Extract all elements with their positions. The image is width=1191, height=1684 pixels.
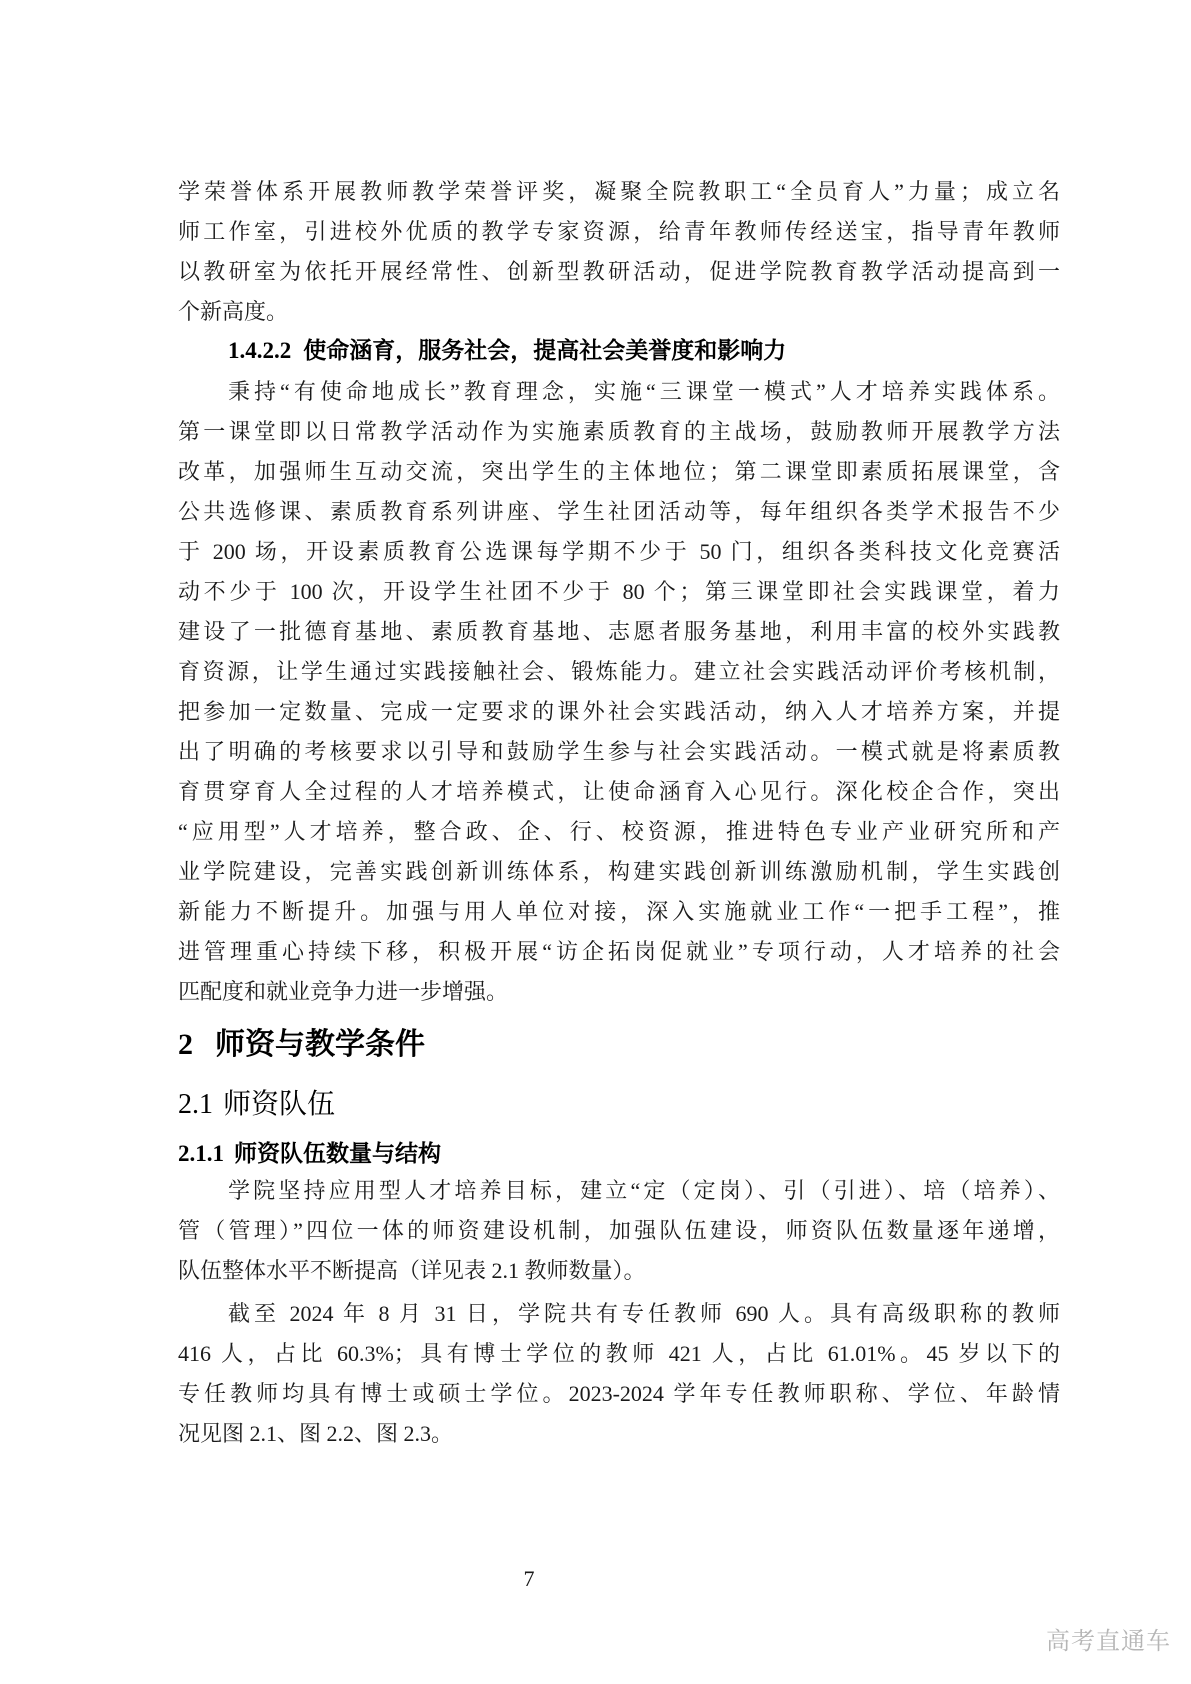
heading-section-2-1: 2.1师资队伍: [178, 1084, 1060, 1125]
paragraph-line: 建设了一批德育基地、素质教育基地、志愿者服务基地，利用丰富的校外实践教: [178, 612, 1060, 652]
paragraph: 截至 2024 年 8 月 31 日，学院共有专任教师 690 人。具有高级职称…: [178, 1294, 1060, 1454]
page-number: 7: [0, 1566, 1058, 1592]
heading-number: 2.1: [178, 1089, 213, 1120]
paragraph-line: 动不少于 100 次，开设学生社团不少于 80 个；第三课堂即社会实践课堂，着力: [178, 572, 1060, 612]
heading-title: 使命涵育，服务社会，提高社会美誉度和影响力: [303, 337, 786, 363]
paragraph-line: 学荣誉体系开展教师教学荣誉评奖，凝聚全院教职工“全员育人”力量；成立名: [178, 172, 1060, 212]
paragraph-line: 匹配度和就业竞争力进一步增强。: [178, 972, 1060, 1012]
heading-number: 1.4.2.2: [228, 338, 291, 363]
paragraph-line: “应用型”人才培养，整合政、企、行、校资源，推进特色专业产业研究所和产: [178, 812, 1060, 852]
heading-1-4-2-2: 1.4.2.2使命涵育，服务社会，提高社会美誉度和影响力: [178, 332, 1060, 369]
paragraph-line: 416 人，占比 60.3%；具有博士学位的教师 421 人，占比 61.01%…: [178, 1334, 1060, 1374]
paragraph-line: 育资源，让学生通过实践接触社会、锻炼能力。建立社会实践活动评价考核机制，: [178, 652, 1060, 692]
paragraph-line: 改革，加强师生互动交流，突出学生的主体地位；第二课堂即素质拓展课堂，含: [178, 452, 1060, 492]
paragraph-line: 学院坚持应用型人才培养目标，建立“定（定岗）、引（引进）、培（培养）、: [178, 1171, 1060, 1211]
paragraph-line: 把参加一定数量、完成一定要求的课外社会实践活动，纳入人才培养方案，并提: [178, 692, 1060, 732]
heading-title: 师资队伍: [223, 1088, 335, 1119]
paragraph-line: 进管理重心持续下移，积极开展“访企拓岗促就业”专项行动，人才培养的社会: [178, 932, 1060, 972]
heading-title: 师资与教学条件: [215, 1028, 425, 1061]
paragraph-line: 管（管理）”四位一体的师资建设机制，加强队伍建设，师资队伍数量逐年递增，: [178, 1211, 1060, 1251]
paragraph: 秉持“有使命地成长”教育理念，实施“三课堂一模式”人才培养实践体系。 第一课堂即…: [178, 372, 1060, 1012]
heading-chapter-2: 2师资与教学条件: [178, 1024, 1060, 1066]
document-content: 学荣誉体系开展教师教学荣誉评奖，凝聚全院教职工“全员育人”力量；成立名 师工作室…: [178, 172, 1060, 1454]
watermark-text: 高考直通车: [1046, 1628, 1171, 1656]
paragraph-line: 队伍整体水平不断提高（详见表 2.1 教师数量）。: [178, 1251, 1060, 1291]
paragraph-line: 于 200 场，开设素质教育公选课每学期不少于 50 门，组织各类科技文化竞赛活: [178, 532, 1060, 572]
paragraph-line: 育贯穿育人全过程的人才培养模式，让使命涵育入心见行。深化校企合作，突出: [178, 772, 1060, 812]
paragraph: 学荣誉体系开展教师教学荣誉评奖，凝聚全院教职工“全员育人”力量；成立名 师工作室…: [178, 172, 1060, 332]
paragraph-line: 业学院建设，完善实践创新训练体系，构建实践创新训练激励机制，学生实践创: [178, 852, 1060, 892]
paragraph-line: 个新高度。: [178, 292, 1060, 332]
document-page: 学荣誉体系开展教师教学荣誉评奖，凝聚全院教职工“全员育人”力量；成立名 师工作室…: [0, 0, 1191, 1684]
paragraph-line: 以教研室为依托开展经常性、创新型教研活动，促进学院教育教学活动提高到一: [178, 252, 1060, 292]
paragraph-line: 出了明确的考核要求以引导和鼓励学生参与社会实践活动。一模式就是将素质教: [178, 732, 1060, 772]
heading-number: 2: [178, 1028, 193, 1061]
paragraph-line: 第一课堂即以日常教学活动作为实施素质教育的主战场，鼓励教师开展教学方法: [178, 412, 1060, 452]
heading-subsection-2-1-1: 2.1.1师资队伍数量与结构: [178, 1136, 1060, 1171]
paragraph: 学院坚持应用型人才培养目标，建立“定（定岗）、引（引进）、培（培养）、 管（管理…: [178, 1171, 1060, 1291]
paragraph-line: 况见图 2.1、图 2.2、图 2.3。: [178, 1414, 1060, 1454]
paragraph-line: 师工作室，引进校外优质的教学专家资源，给青年教师传经送宝，指导青年教师: [178, 212, 1060, 252]
paragraph-line: 公共选修课、素质教育系列讲座、学生社团活动等，每年组织各类学术报告不少: [178, 492, 1060, 532]
paragraph-line: 截至 2024 年 8 月 31 日，学院共有专任教师 690 人。具有高级职称…: [178, 1294, 1060, 1334]
paragraph-line: 秉持“有使命地成长”教育理念，实施“三课堂一模式”人才培养实践体系。: [178, 372, 1060, 412]
heading-title: 师资队伍数量与结构: [234, 1140, 441, 1166]
heading-number: 2.1.1: [178, 1141, 224, 1166]
paragraph-line: 专任教师均具有博士或硕士学位。2023-2024 学年专任教师职称、学位、年龄情: [178, 1374, 1060, 1414]
paragraph-line: 新能力不断提升。加强与用人单位对接，深入实施就业工作“一把手工程”，推: [178, 892, 1060, 932]
